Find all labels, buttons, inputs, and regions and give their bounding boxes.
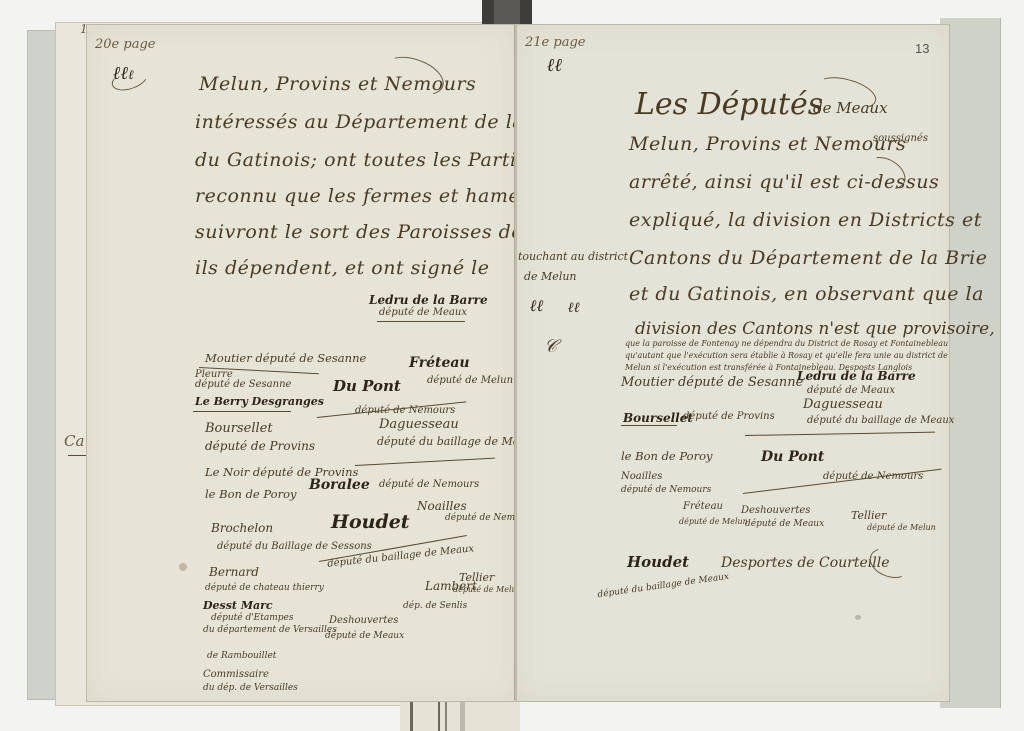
signature-title: député de Provins xyxy=(205,439,315,453)
signature: Tellier xyxy=(851,509,886,522)
right-page: 21e page ℓℓ 13 Les Députés de Meaux Melu… xyxy=(516,24,950,702)
signature-title: député de Nemours xyxy=(621,485,711,495)
signature: Ledru de la Barre xyxy=(369,293,488,307)
signature: Houdet xyxy=(627,553,689,571)
ink-stain xyxy=(855,615,861,620)
signature: Boralee xyxy=(309,477,370,493)
signature-title: député d'Etampes xyxy=(211,613,293,623)
signature: Desportes de Courteille xyxy=(721,555,890,571)
body-line: division des Cantons n'est que provisoir… xyxy=(635,319,995,339)
signature: Deshouvertes xyxy=(741,505,810,516)
signature-title: député de chateau thierry xyxy=(205,583,324,593)
margin-paraph: ℓℓ xyxy=(568,300,580,317)
heading: Les Députés xyxy=(635,87,823,122)
left-page: 20e page ℓℓℓ Melun, Provins et Nemours i… xyxy=(86,24,516,702)
signature: Lambert xyxy=(425,579,477,593)
signature-title: député du baillage de Meaux xyxy=(597,572,730,600)
page-note-right: 21e page xyxy=(525,35,585,50)
interlinear-insert: soussignés xyxy=(873,133,928,144)
binding-bottom xyxy=(400,700,520,731)
signature-title: de Rambouillet xyxy=(207,651,276,661)
signature-title: député de Meaux xyxy=(379,307,467,318)
signature-title: du département de Versailles xyxy=(203,625,337,635)
binding-top xyxy=(482,0,532,24)
small-line: que la paroisse de Fontenay ne dépendra … xyxy=(625,339,948,348)
body-line: du Gatinois; ont toutes les Parties xyxy=(195,149,539,171)
margin-note: touchant au district xyxy=(518,250,628,263)
signature-underline xyxy=(621,425,677,426)
signature: Desst Marc xyxy=(203,599,273,612)
signature: Moutier député de Sesanne xyxy=(205,351,366,365)
signature: Moutier député de Sesanne xyxy=(621,375,803,390)
page-note-left: 20e page xyxy=(95,37,155,52)
signature: Boursellet xyxy=(205,421,273,436)
signature: Deshouvertes xyxy=(329,615,398,626)
body-line: reconnu que les fermes et hameaux xyxy=(195,185,556,207)
signature: Daguesseau xyxy=(379,417,459,432)
signature-title: dép. de Senlis xyxy=(403,601,467,611)
signature: Du Pont xyxy=(761,449,824,465)
body-line: ils dépendent, et ont signé le xyxy=(195,257,489,279)
signature-title: du dép. de Versailles xyxy=(203,683,298,693)
body-line: suivront le sort des Paroisses dont xyxy=(195,221,544,243)
body-line: Melun, Provins et Nemours xyxy=(629,133,906,155)
signature: Brochelon xyxy=(211,521,273,535)
signature-title: député du baillage de Meaux xyxy=(807,415,954,426)
signature-title: député du Baillage de Sessons xyxy=(217,541,372,552)
signature-underline xyxy=(193,411,291,412)
signature-title: député de Meaux xyxy=(745,519,824,529)
signature-underline xyxy=(377,321,465,322)
margin-paraph: 𝒞 xyxy=(544,336,557,357)
signature-title: député de Meaux xyxy=(807,385,895,396)
signature-title: député de Provins xyxy=(683,411,775,422)
margin-fragment: Ca xyxy=(64,432,84,450)
signature: Bernard xyxy=(209,565,259,579)
signature-underline xyxy=(355,458,495,467)
signature-title: député de Melun xyxy=(427,375,513,386)
paraph-right: ℓℓ xyxy=(547,55,562,76)
signature: le Bon de Poroy xyxy=(205,487,297,501)
signature: Houdet xyxy=(331,511,410,533)
signature-title: député de Nemours xyxy=(379,479,479,490)
small-line: qu'autant que l'exécution sera établie à… xyxy=(625,351,948,360)
signature: Noailles xyxy=(621,471,662,482)
signature: Ledru de la Barre xyxy=(797,369,916,383)
signature: Du Pont xyxy=(333,377,401,395)
signature: Fréteau xyxy=(409,355,470,371)
signature: Fréteau xyxy=(683,501,723,512)
signature: Le Berry Desgranges xyxy=(195,395,324,408)
signature-underline xyxy=(745,432,935,437)
margin-note: de Melun xyxy=(524,270,577,283)
signature: Noailles xyxy=(417,499,467,513)
ink-stain xyxy=(179,563,187,571)
body-line: expliqué, la division en Districts et xyxy=(629,209,982,231)
page-number: 13 xyxy=(915,41,929,56)
signature: Commissaire xyxy=(203,669,269,680)
signature-title: député de Melun xyxy=(679,517,748,526)
signature-flourish xyxy=(865,543,914,584)
signature-title: député de Sesanne xyxy=(195,379,291,390)
signature: le Bon de Poroy xyxy=(621,449,713,463)
signature: Daguesseau xyxy=(803,397,883,412)
body-line: Cantons du Département de la Brie xyxy=(629,247,988,269)
margin-paraph: ℓℓ xyxy=(530,296,544,316)
body-line: et du Gatinois, en observant que la xyxy=(629,283,984,305)
signature-title: député de Melun xyxy=(867,523,936,532)
